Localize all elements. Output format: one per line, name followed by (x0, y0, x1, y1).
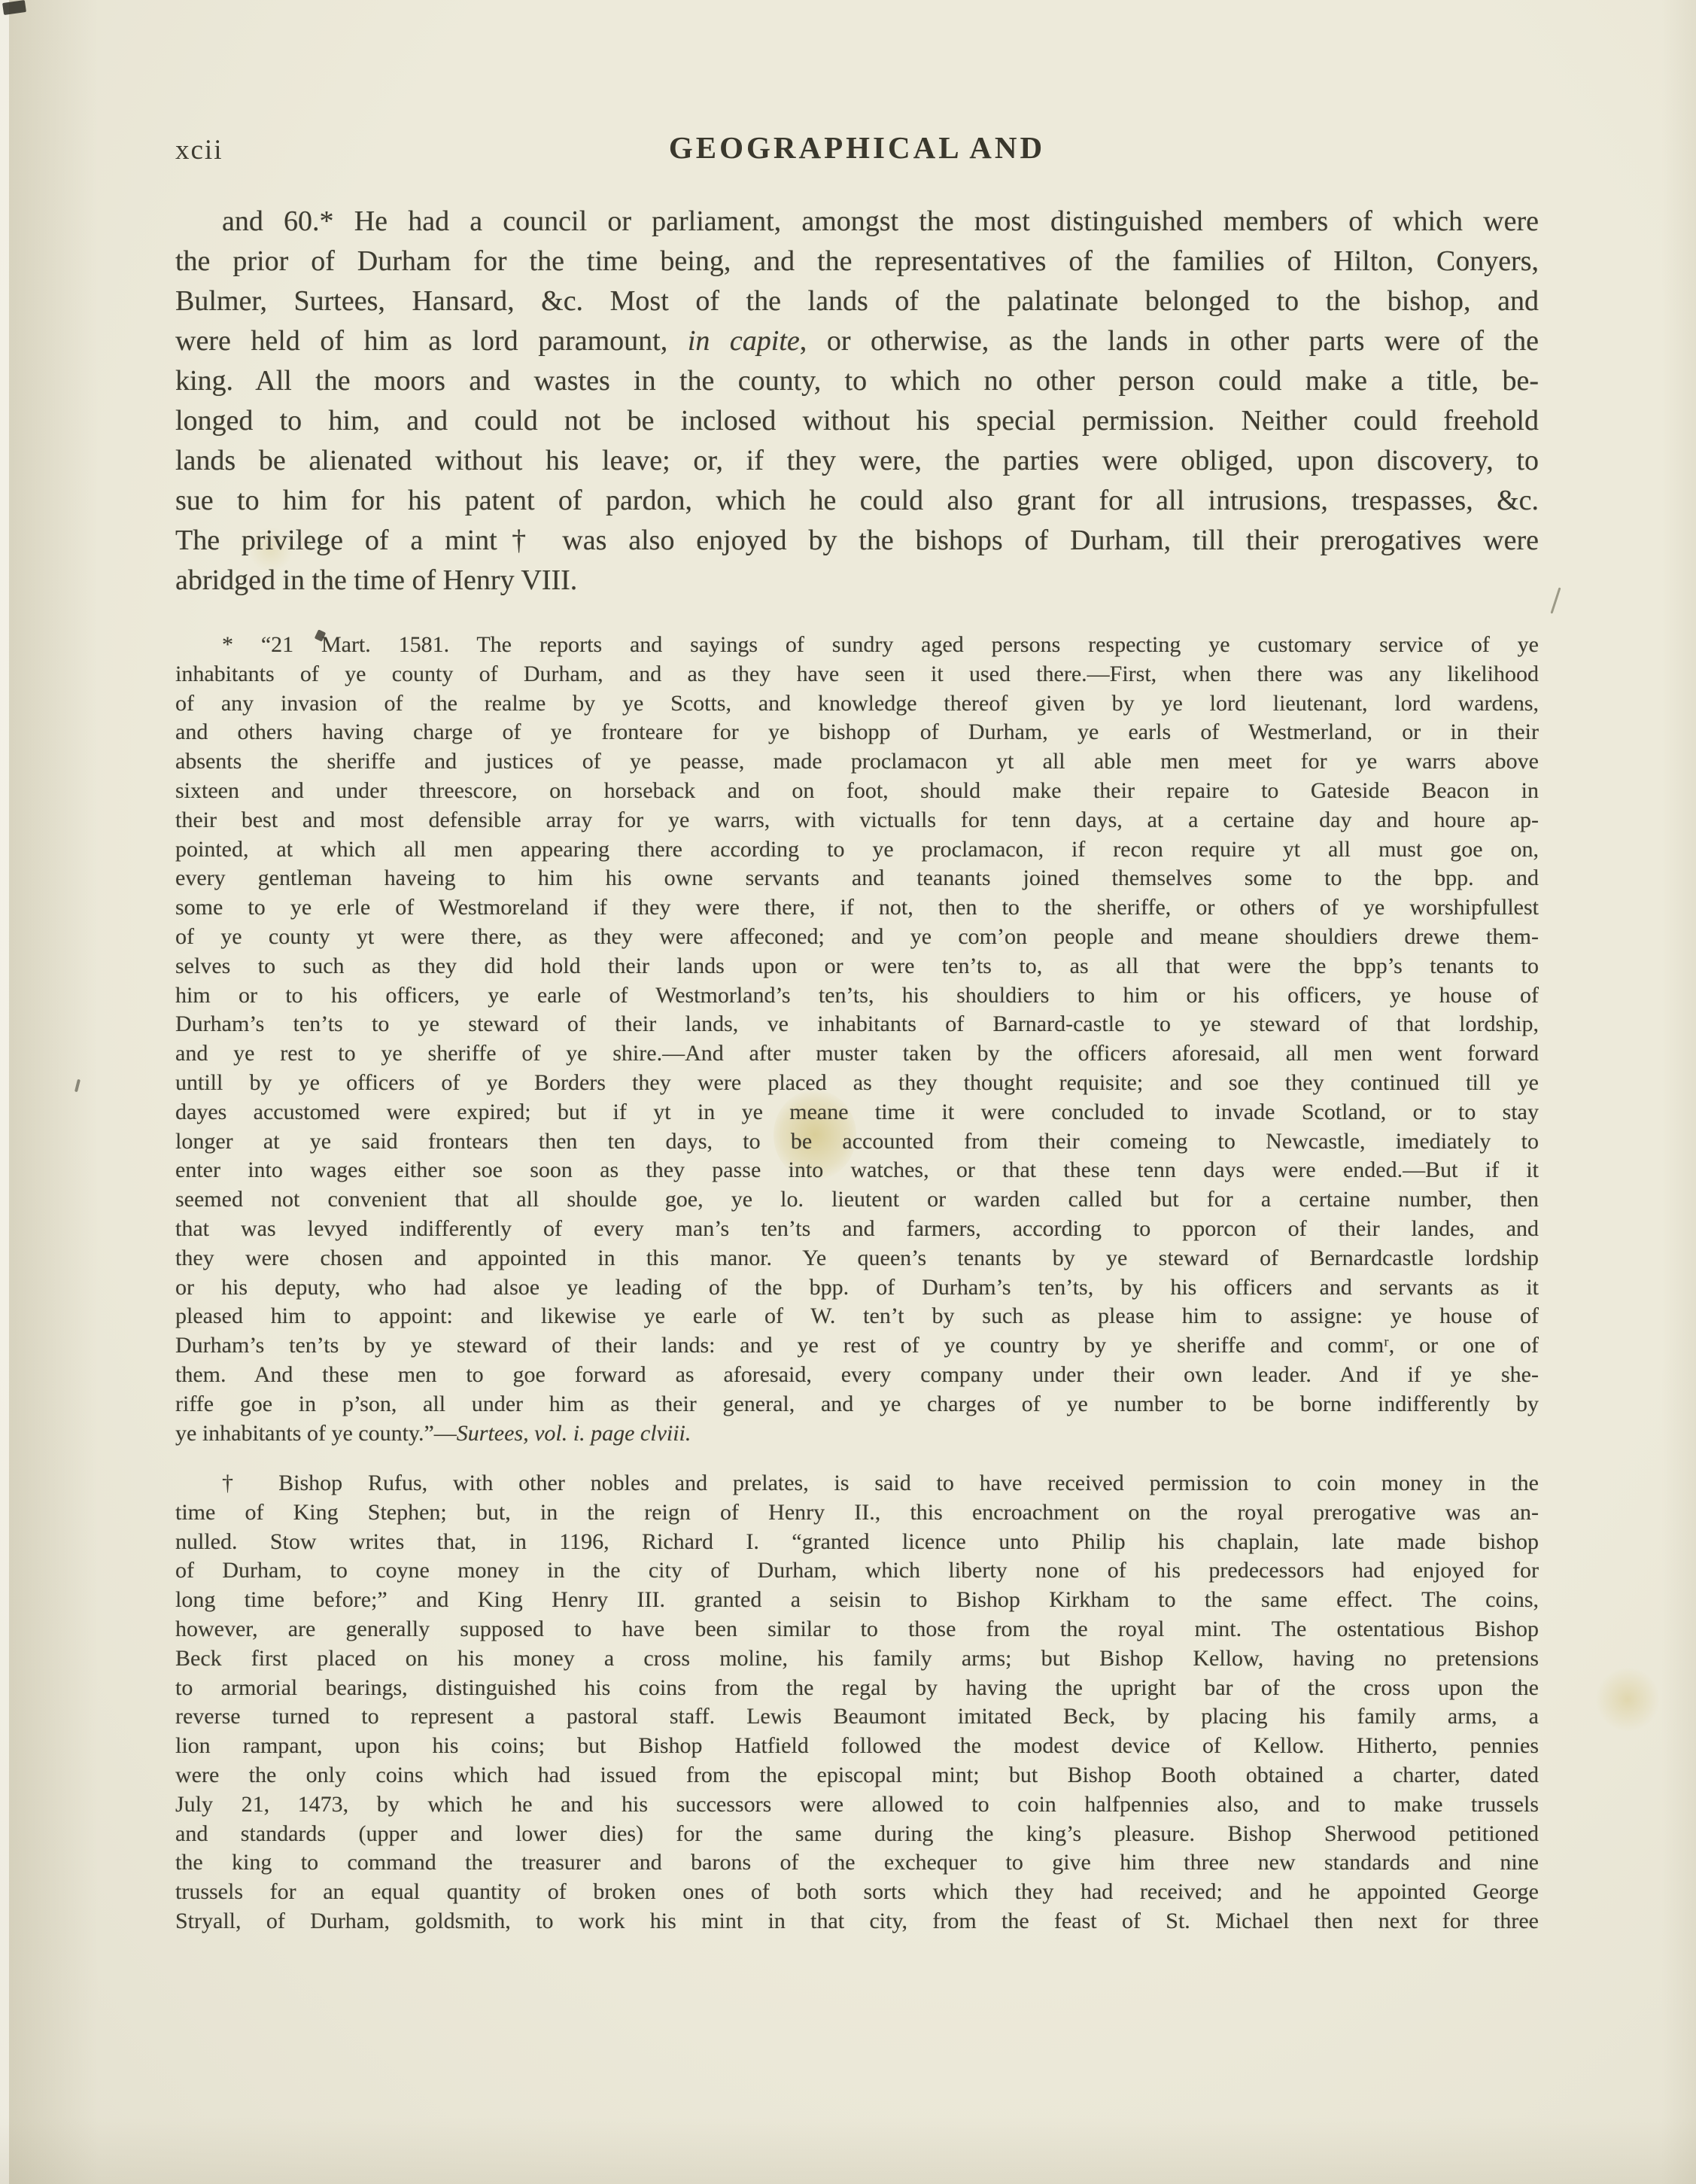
text-line: Bulmer, Surtees, Hansard, &c. Most of th… (175, 281, 1539, 321)
text-line: trussels for an equal quantity of broken… (175, 1878, 1539, 1907)
text-line: pointed, at which all men appearing ther… (175, 835, 1539, 865)
text-line: of any invasion of the realme by ye Scot… (175, 689, 1539, 719)
text-line: lands be alienated without his leave; or… (175, 441, 1539, 481)
text-line: or his deputy, who had alsoe ye leading … (175, 1273, 1539, 1303)
running-title: GEOGRAPHICAL AND (175, 129, 1539, 166)
text-line: dayes accustomed were expired; but if yt… (175, 1098, 1539, 1127)
text-line: lion rampant, upon his coins; but Bishop… (175, 1732, 1539, 1761)
text-line: of ye county yt were there, as they were… (175, 923, 1539, 952)
text-line: longed to him, and could not be inclosed… (175, 401, 1539, 441)
text-line: Stryall, of Durham, goldsmith, to work h… (175, 1907, 1539, 1936)
page-header: xcii GEOGRAPHICAL AND (175, 129, 1539, 172)
body-paragraph: and 60.* He had a council or parliament,… (175, 202, 1539, 601)
text-line: sixteen and under threescore, on horseba… (175, 777, 1539, 806)
text-line: longer at ye said frontears then ten day… (175, 1127, 1539, 1157)
text-line: sue to him for his patent of pardon, whi… (175, 481, 1539, 521)
text-line: and standards (upper and lower dies) for… (175, 1820, 1539, 1849)
text-line: Beck first placed on his money a cross m… (175, 1644, 1539, 1674)
text-line: † Bishop Rufus, with other nobles and pr… (175, 1469, 1539, 1498)
text-line: him or to his officers, ye earle of West… (175, 981, 1539, 1011)
text-line: long time before;” and King Henry III. g… (175, 1586, 1539, 1615)
text-line: Durham’s ten’ts by ye steward of their l… (175, 1331, 1539, 1361)
text-line: king. All the moors and wastes in the co… (175, 361, 1539, 401)
text-line: reverse turned to represent a pastoral s… (175, 1702, 1539, 1732)
text-line: were held of him as lord paramount, in c… (175, 321, 1539, 361)
text-line: ye inhabitants of ye county.”—Surtees, v… (175, 1419, 1539, 1449)
footnote-star: * “21 Mart. 1581. The reports and saying… (175, 631, 1539, 1448)
text-line: them. And these men to goe forward as af… (175, 1361, 1539, 1390)
text-line: selves to such as they did hold their la… (175, 952, 1539, 981)
text-line: were the only coins which had issued fro… (175, 1761, 1539, 1790)
text-line: the prior of Durham for the time being, … (175, 242, 1539, 281)
text-line: and ye rest to ye sheriffe of ye shire.—… (175, 1039, 1539, 1069)
text-line: seemed not convenient that all shoulde g… (175, 1185, 1539, 1215)
text-line: absents the sheriffe and justices of ye … (175, 747, 1539, 777)
text-line: time of King Stephen; but, in the reign … (175, 1498, 1539, 1528)
text-line: of Durham, to coyne money in the city of… (175, 1556, 1539, 1586)
text-line: abridged in the time of Henry VIII. (175, 561, 1539, 601)
text-line: July 21, 1473, by which he and his succe… (175, 1790, 1539, 1820)
text-line: the king to command the treasurer and ba… (175, 1848, 1539, 1878)
footnote-dagger: † Bishop Rufus, with other nobles and pr… (175, 1469, 1539, 1936)
text-line: that was levyed indifferently of every m… (175, 1215, 1539, 1244)
text-line: untill by ye officers of ye Borders they… (175, 1069, 1539, 1098)
text-line: * “21 Mart. 1581. The reports and saying… (175, 631, 1539, 660)
text-line: they were chosen and appointed in this m… (175, 1244, 1539, 1273)
text-line: to armorial bearings, distinguished his … (175, 1674, 1539, 1703)
text-line: pleased him to appoint: and likewise ye … (175, 1302, 1539, 1331)
text-line: some to ye erle of Westmoreland if they … (175, 893, 1539, 923)
text-line: and others having charge of ye fronteare… (175, 718, 1539, 747)
text-line: their best and most defensible array for… (175, 806, 1539, 835)
text-line: The privilege of a mint† was also enjoye… (175, 521, 1539, 561)
text-line: and 60.* He had a council or parliament,… (175, 202, 1539, 242)
text-line: inhabitants of ye county of Durham, and … (175, 660, 1539, 689)
text-line: every gentleman haveing to him his owne … (175, 864, 1539, 893)
text-line: Durham’s ten’ts to ye steward of their l… (175, 1010, 1539, 1039)
text-line: however, are generally supposed to have … (175, 1615, 1539, 1644)
text-line: enter into wages either soe soon as they… (175, 1156, 1539, 1185)
book-page-scan: xcii GEOGRAPHICAL AND and 60.* He had a … (0, 0, 1696, 2184)
text-line: riffe goe in p’son, all under him as the… (175, 1390, 1539, 1419)
text-line: nulled. Stow writes that, in 1196, Richa… (175, 1528, 1539, 1557)
